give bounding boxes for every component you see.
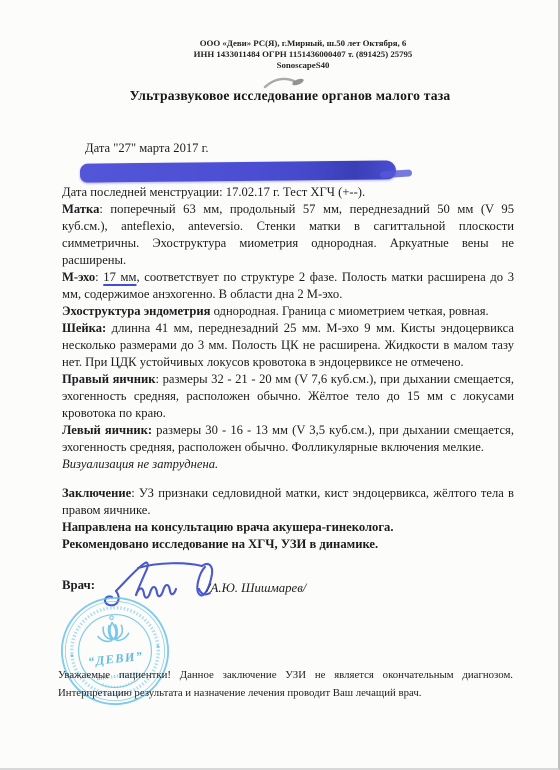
para-right-ovary: Правый яичник: размеры 32 - 21 - 20 мм (… [62, 371, 514, 422]
text-run: Шейка: [62, 321, 106, 335]
text-run: Матка [62, 202, 99, 216]
page-title: Ультразвуковое исследование органов мало… [20, 88, 560, 104]
clinic-header: ООО «Деви» РС(Я), г.Мирный, ш.50 лет Окт… [143, 38, 463, 70]
para-uterus: Матка: поперечный 63 мм, продольный 57 м… [62, 201, 514, 269]
text-run: Левый яичник: [62, 423, 152, 437]
doctor-label: Врач: [62, 578, 95, 592]
footer-line: Уважаемые пациентки! Данное заключение У… [58, 666, 513, 684]
text-run: однородная. Граница с миометрием четкая,… [210, 304, 488, 318]
document-page: ООО «Деви» РС(Я), г.Мирный, ш.50 лет Окт… [0, 0, 560, 770]
text-run: Заключение [62, 486, 131, 500]
para-endometrium: Эхоструктура эндометрия однородная. Гран… [62, 303, 514, 320]
text-run: 17 мм [103, 270, 136, 284]
report-body: Дата последней менструации: 17.02.17 г. … [62, 184, 514, 553]
para-last-menstruation: Дата последней менструации: 17.02.17 г. … [62, 184, 514, 201]
footer-line: Интерпретацию результата и назначение ле… [58, 684, 513, 702]
para-recommendation: Рекомендовано исследование на ХГЧ, УЗИ в… [62, 536, 514, 553]
text-run: Рекомендовано исследование на ХГЧ, УЗИ в… [62, 537, 378, 551]
text-run: Направлена на консультацию врача акушера… [62, 520, 394, 534]
clinic-header-line: ООО «Деви» РС(Я), г.Мирный, ш.50 лет Окт… [143, 38, 463, 49]
para-m-echo: М-эхо: 17 мм, соответствует по структуре… [62, 269, 514, 303]
footer-note: Уважаемые пациентки! Данное заключение У… [58, 666, 513, 702]
text-run: длинна 41 мм, переднезадний 25 мм. М-эхо… [62, 321, 514, 369]
text-run: Дата последней менструации: 17.02.17 г. … [62, 185, 365, 199]
para-referral: Направлена на консультацию врача акушера… [62, 519, 514, 536]
clinic-header-line: SonoscapeS40 [143, 60, 463, 71]
text-run: Визуализация не затруднена. [62, 457, 218, 471]
redacted-patient-name [80, 160, 396, 182]
para-visualization: Визуализация не затруднена. [62, 456, 514, 473]
para-left-ovary: Левый яичник: размеры 30 - 16 - 13 мм (V… [62, 422, 514, 456]
para-cervix: Шейка: длинна 41 мм, переднезадний 25 мм… [62, 320, 514, 371]
text-run: : поперечный 63 мм, продольный 57 мм, пе… [62, 202, 514, 267]
para-conclusion: Заключение: УЗ признаки седловидной матк… [62, 485, 514, 519]
text-run: Правый яичник [62, 372, 156, 386]
text-run: М-эхо [62, 270, 95, 284]
text-run: Эхоструктура эндометрия [62, 304, 210, 318]
clinic-header-line: ИНН 1433011484 ОГРН 1151436000407 т. (89… [143, 49, 463, 60]
doctor-name: /А.Ю. Шишмарев/ [207, 581, 306, 596]
lotus-icon [96, 614, 130, 642]
exam-date: Дата "27" марта 2017 г. [85, 141, 209, 156]
